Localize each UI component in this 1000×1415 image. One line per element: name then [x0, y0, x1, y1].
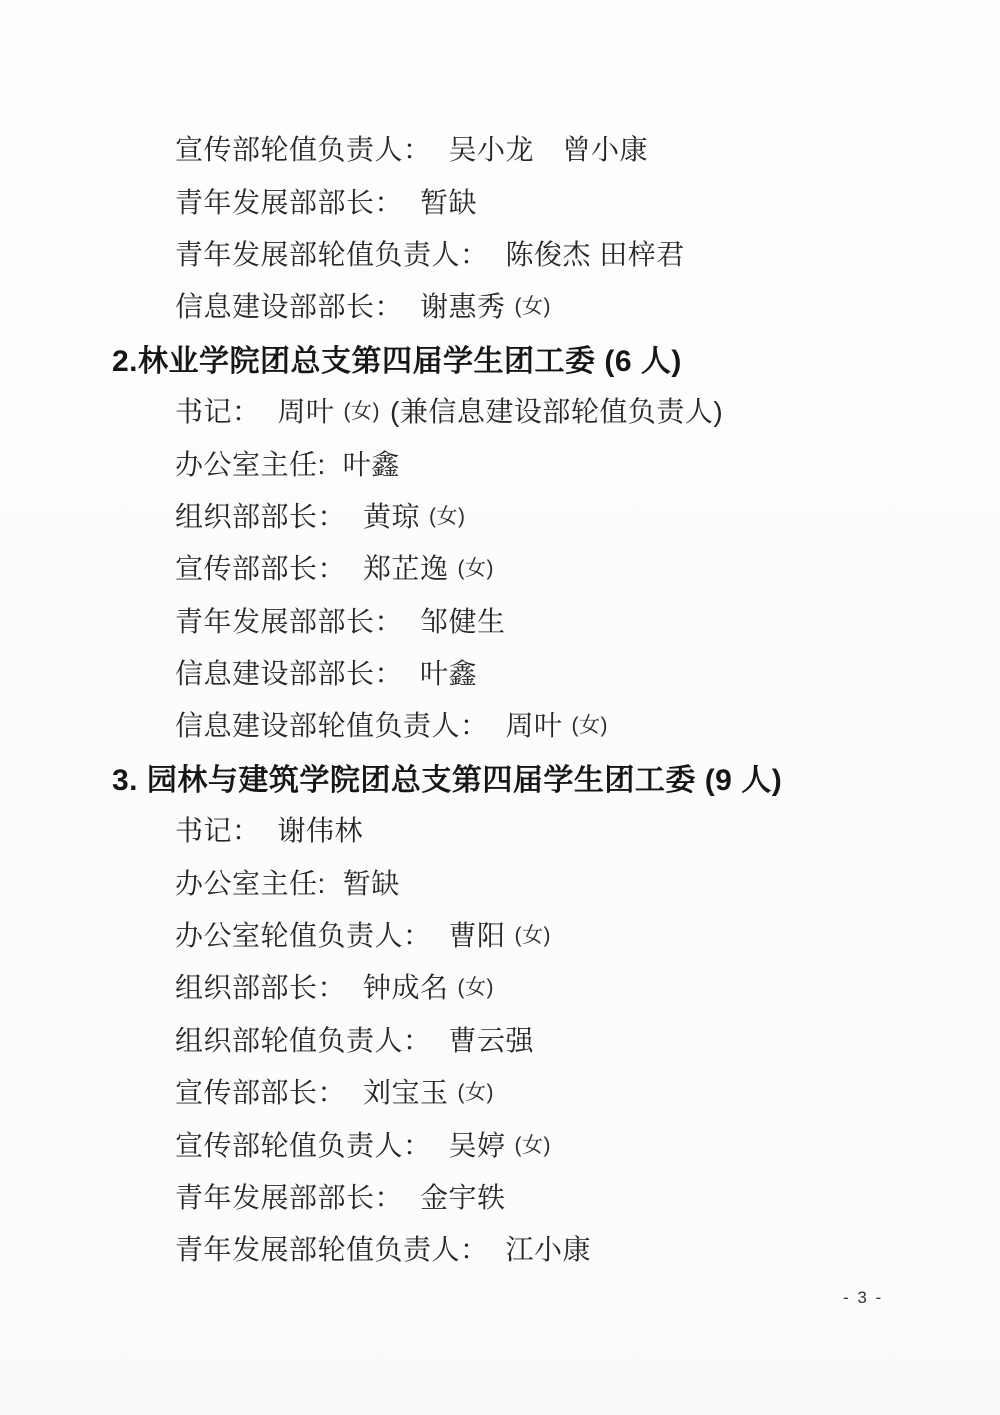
entry-label: 办公室主任: [175, 443, 326, 483]
roster-entry: 信息建设部部长： 叶鑫 [0, 646, 1000, 698]
entry-value: 暂缺 [343, 862, 400, 902]
entry-label: 宣传部部长： [175, 547, 346, 587]
roster-entry: 书记： 谢伟林 [0, 803, 1000, 855]
entry-value: 吴小龙 曾小康 [449, 128, 649, 168]
gender-note: (女) [458, 971, 495, 1001]
roster-entry: 信息建设部轮值负责人： 周叶 (女) [0, 698, 1000, 750]
entry-label: 宣传部轮值负责人： [175, 1124, 432, 1164]
entry-value: 钟成名 [363, 966, 449, 1006]
entry-label: 书记： [175, 809, 261, 849]
entry-label: 组织部部长： [175, 966, 346, 1006]
roster-entry: 组织部轮值负责人： 曹云强 [0, 1013, 1000, 1065]
entry-value: 周叶 [506, 704, 563, 744]
entry-value: 金宇轶 [420, 1176, 506, 1216]
entry-label: 信息建设部部长： [175, 652, 403, 692]
roster-entry: 宣传部部长： 刘宝玉 (女) [0, 1065, 1000, 1117]
entry-value: 曹阳 [449, 914, 506, 954]
entry-value: 叶鑫 [343, 443, 400, 483]
entry-label: 信息建设部部长： [175, 285, 403, 325]
scanned-document-page: 宣传部轮值负责人： 吴小龙 曾小康 青年发展部部长： 暂缺 青年发展部轮值负责人… [0, 0, 1000, 1415]
roster-entry: 组织部部长： 黄琼 (女) [0, 489, 1000, 541]
entry-label: 书记： [175, 390, 261, 430]
roster-entry: 信息建设部部长： 谢惠秀 (女) [0, 279, 1000, 331]
entry-label: 组织部部长： [175, 495, 346, 535]
entry-label: 办公室轮值负责人： [175, 914, 432, 954]
roster-entry: 青年发展部部长： 暂缺 [0, 174, 1000, 226]
entry-label: 青年发展部轮值负责人： [175, 1228, 489, 1268]
entry-value: 暂缺 [420, 181, 477, 221]
section-heading: 3. 园林与建筑学院团总支第四届学生团工委 (9 人) [0, 751, 1000, 803]
gender-note: (女) [572, 709, 609, 739]
section-heading: 2.林业学院团总支第四届学生团工委 (6 人) [0, 332, 1000, 384]
concurrent-role-note: (兼信息建设部轮值负责人) [390, 390, 723, 430]
entry-value: 曹云强 [449, 1019, 535, 1059]
gender-note: (女) [458, 552, 495, 582]
entry-value: 吴婷 [449, 1124, 506, 1164]
roster-entry: 办公室主任: 叶鑫 [0, 436, 1000, 488]
roster-entry: 宣传部部长： 郑芷逸 (女) [0, 541, 1000, 593]
roster-content: 宣传部轮值负责人： 吴小龙 曾小康 青年发展部部长： 暂缺 青年发展部轮值负责人… [0, 0, 1000, 1275]
entry-label: 青年发展部部长： [175, 181, 403, 221]
entry-value: 谢惠秀 [420, 285, 506, 325]
roster-entry: 组织部部长： 钟成名 (女) [0, 960, 1000, 1012]
entry-value: 陈俊杰 田梓君 [506, 233, 685, 273]
entry-value: 叶鑫 [420, 652, 477, 692]
gender-note: (女) [429, 500, 466, 530]
entry-label: 组织部轮值负责人： [175, 1019, 432, 1059]
entry-value: 谢伟林 [278, 809, 364, 849]
entry-value: 郑芷逸 [363, 547, 449, 587]
gender-note: (女) [515, 919, 552, 949]
entry-label: 办公室主任: [175, 862, 326, 902]
entry-label: 青年发展部部长： [175, 1176, 403, 1216]
page-number: - 3 - [843, 1288, 883, 1308]
roster-entry: 宣传部轮值负责人： 吴婷 (女) [0, 1117, 1000, 1169]
entry-value: 刘宝玉 [363, 1071, 449, 1111]
roster-entry: 办公室主任: 暂缺 [0, 855, 1000, 907]
entry-label: 青年发展部轮值负责人： [175, 233, 489, 273]
entry-label: 宣传部部长： [175, 1071, 346, 1111]
gender-note: (女) [515, 290, 552, 320]
entry-label: 青年发展部部长： [175, 600, 403, 640]
roster-entry: 宣传部轮值负责人： 吴小龙 曾小康 [0, 122, 1000, 174]
gender-note: (女) [344, 395, 381, 425]
entry-label: 宣传部轮值负责人： [175, 128, 432, 168]
roster-entry: 青年发展部部长： 金宇轶 [0, 1170, 1000, 1222]
entry-value: 邹健生 [420, 600, 506, 640]
entry-label: 信息建设部轮值负责人： [175, 704, 489, 744]
gender-note: (女) [458, 1076, 495, 1106]
roster-entry: 办公室轮值负责人： 曹阳 (女) [0, 908, 1000, 960]
entry-value: 黄琼 [363, 495, 420, 535]
gender-note: (女) [515, 1129, 552, 1159]
entry-value: 周叶 [278, 390, 335, 430]
roster-entry: 书记： 周叶 (女) (兼信息建设部轮值负责人) [0, 384, 1000, 436]
entry-value: 江小康 [506, 1228, 592, 1268]
roster-entry: 青年发展部部长： 邹健生 [0, 594, 1000, 646]
roster-entry: 青年发展部轮值负责人： 江小康 [0, 1222, 1000, 1274]
roster-entry: 青年发展部轮值负责人： 陈俊杰 田梓君 [0, 227, 1000, 279]
